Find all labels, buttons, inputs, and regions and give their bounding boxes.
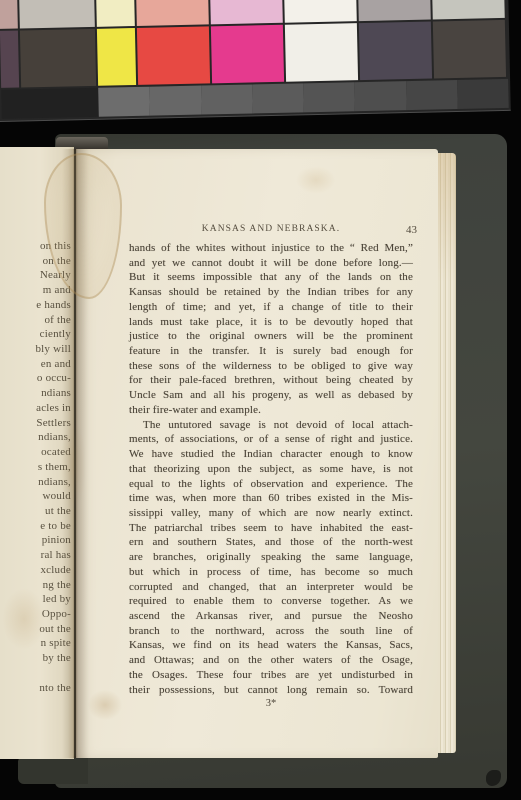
fore-edge-page-stack bbox=[438, 153, 456, 753]
signature-mark: 3* bbox=[129, 698, 413, 709]
left-text-fragment: ut the bbox=[0, 504, 71, 519]
gray-step bbox=[303, 82, 355, 112]
left-text-fragment: would bbox=[0, 489, 71, 504]
color-swatch bbox=[357, 0, 431, 21]
page-number: 43 bbox=[406, 224, 417, 236]
left-text-fragment: Settlers bbox=[0, 416, 71, 431]
color-swatch bbox=[211, 25, 284, 84]
left-text-fragment: ciently bbox=[0, 327, 71, 342]
text-paragraph: hands of the whites without injustice to… bbox=[129, 241, 413, 418]
chart-column bbox=[18, 0, 96, 87]
left-text-fragment: by the bbox=[0, 651, 71, 666]
color-swatch bbox=[431, 0, 505, 19]
left-text-fragment: ocated bbox=[0, 445, 71, 460]
color-calibration-chart bbox=[0, 0, 511, 122]
page-text-block: KANSAS AND NEBRASKA. 43 hands of the whi… bbox=[129, 149, 413, 709]
left-text-fragment: m and bbox=[0, 283, 71, 298]
text-line: equal to the lights of observation and e… bbox=[129, 477, 413, 492]
color-swatch bbox=[137, 26, 210, 85]
gray-step bbox=[457, 79, 509, 109]
left-text-fragment: of the bbox=[0, 313, 71, 328]
left-text-fragment: led by bbox=[0, 592, 71, 607]
left-text-fragment: Nearly bbox=[0, 268, 71, 283]
text-line: corrupted and changed, that an interpret… bbox=[129, 580, 413, 595]
text-line: justice to the original owners will be t… bbox=[129, 329, 413, 344]
color-swatch bbox=[359, 22, 432, 81]
text-line: feature in the transfer. It is surely ba… bbox=[129, 344, 413, 359]
text-line: The untutored savage is not devoid of lo… bbox=[129, 418, 413, 433]
left-text-fragment: xclude bbox=[0, 563, 71, 578]
color-swatch bbox=[285, 23, 358, 82]
text-line: required to enable them to converse toge… bbox=[129, 594, 413, 609]
gray-step bbox=[201, 84, 253, 114]
text-line: The patriarchal tribes seem to have inha… bbox=[129, 521, 413, 536]
left-text-fragment: out the bbox=[0, 622, 71, 637]
color-swatch bbox=[20, 29, 96, 88]
color-swatch bbox=[135, 0, 209, 26]
text-line: hands of the whites without injustice to… bbox=[129, 241, 413, 256]
chart-column bbox=[431, 0, 506, 78]
text-line: and Ottawas; and on the other waters of … bbox=[129, 653, 413, 668]
book-cover-bottom-edge bbox=[18, 756, 88, 784]
chart-column bbox=[209, 0, 284, 83]
gray-step bbox=[252, 83, 304, 113]
page-header: KANSAS AND NEBRASKA. 43 bbox=[129, 224, 413, 238]
text-line: for their pale-faced brethren, without b… bbox=[129, 373, 413, 388]
left-text-fragment: nto the bbox=[0, 681, 71, 696]
text-line: We have studied the Indian character eno… bbox=[129, 447, 413, 462]
gray-step bbox=[149, 86, 201, 116]
text-line: sissippi valley, many of which are now n… bbox=[129, 506, 413, 521]
color-swatch bbox=[95, 0, 135, 27]
right-page: KANSAS AND NEBRASKA. 43 hands of the whi… bbox=[76, 149, 438, 758]
text-line: branch to the northward, across the sout… bbox=[129, 624, 413, 639]
text-line: Uncle Sam and all his progeny, as well a… bbox=[129, 388, 413, 403]
text-line: time was, when more than 60 tribes exist… bbox=[129, 491, 413, 506]
text-line: the Osages. These four tribes are yet un… bbox=[129, 668, 413, 683]
color-swatch bbox=[0, 0, 18, 29]
left-text-fragment: acles in bbox=[0, 401, 71, 416]
left-text-fragment: on this bbox=[0, 239, 71, 254]
photograph-frame: on thison theNearlym ande handsof thecie… bbox=[0, 0, 521, 800]
text-line: their possessions, but cannot long remai… bbox=[129, 683, 413, 698]
left-text-fragment: o occu- bbox=[0, 371, 71, 386]
left-text-fragment: ral has bbox=[0, 548, 71, 563]
left-text-fragment: bly will bbox=[0, 342, 71, 357]
gray-step bbox=[98, 87, 150, 117]
left-text-fragment: Oppo- bbox=[0, 607, 71, 622]
left-text-fragment: ndians, bbox=[0, 475, 71, 490]
left-text-fragment: pinion bbox=[0, 533, 71, 548]
left-text-fragment: ndians bbox=[0, 386, 71, 401]
color-swatch bbox=[18, 0, 95, 28]
gray-step bbox=[354, 81, 406, 111]
page-gutter bbox=[62, 149, 98, 758]
text-line: ascend the Arkansas river, and pursue th… bbox=[129, 609, 413, 624]
left-text-fragment: ng the bbox=[0, 578, 71, 593]
left-text-fragment: s them, bbox=[0, 460, 71, 475]
chart-column bbox=[283, 0, 358, 82]
left-text-fragment: on the bbox=[0, 254, 71, 269]
left-page-lines: on thison theNearlym ande handsof thecie… bbox=[0, 239, 71, 695]
page-body: hands of the whites without injustice to… bbox=[129, 241, 413, 697]
text-paragraph: The untutored savage is not devoid of lo… bbox=[129, 418, 413, 698]
text-line: But it seems impossible that any of the … bbox=[129, 270, 413, 285]
text-line: but which in process of time, has become… bbox=[129, 565, 413, 580]
text-line: and yet we cannot doubt it will be done … bbox=[129, 256, 413, 271]
gray-step bbox=[1, 88, 99, 119]
text-line: length of time; and yet, if a change of … bbox=[129, 300, 413, 315]
chart-column bbox=[135, 0, 210, 85]
color-chart-columns bbox=[0, 0, 508, 88]
chart-column bbox=[0, 0, 19, 88]
color-swatch bbox=[97, 28, 136, 86]
left-text-fragment: n spite bbox=[0, 636, 71, 651]
text-line: that theorizing upon the subject, as som… bbox=[129, 462, 413, 477]
left-text-fragment: e to be bbox=[0, 519, 71, 534]
text-line: these sons of the wilderness to be oblig… bbox=[129, 359, 413, 374]
text-line: Kansas, we find on its head waters the K… bbox=[129, 638, 413, 653]
text-line: Kansas should be retained by the Indian … bbox=[129, 285, 413, 300]
color-swatch bbox=[283, 0, 357, 23]
left-text-fragment: ndians, bbox=[0, 430, 71, 445]
running-title: KANSAS AND NEBRASKA. bbox=[129, 224, 413, 234]
color-swatch bbox=[209, 0, 283, 24]
chart-column bbox=[95, 0, 136, 86]
text-line: ern and southern States, and those of th… bbox=[129, 535, 413, 550]
text-line: lands must take place, it is to be devou… bbox=[129, 315, 413, 330]
left-text-fragment bbox=[0, 666, 71, 681]
text-line: ments, of associations, or of a sense of… bbox=[129, 432, 413, 447]
gray-step bbox=[406, 80, 458, 110]
left-text-fragment: en and bbox=[0, 357, 71, 372]
color-swatch bbox=[433, 20, 506, 79]
color-swatch bbox=[0, 31, 19, 88]
left-text-fragment: e hands bbox=[0, 298, 71, 313]
chart-column bbox=[357, 0, 432, 80]
text-line: their fire-water and example. bbox=[129, 403, 413, 418]
text-line: are branches, originally speaking the sa… bbox=[129, 550, 413, 565]
